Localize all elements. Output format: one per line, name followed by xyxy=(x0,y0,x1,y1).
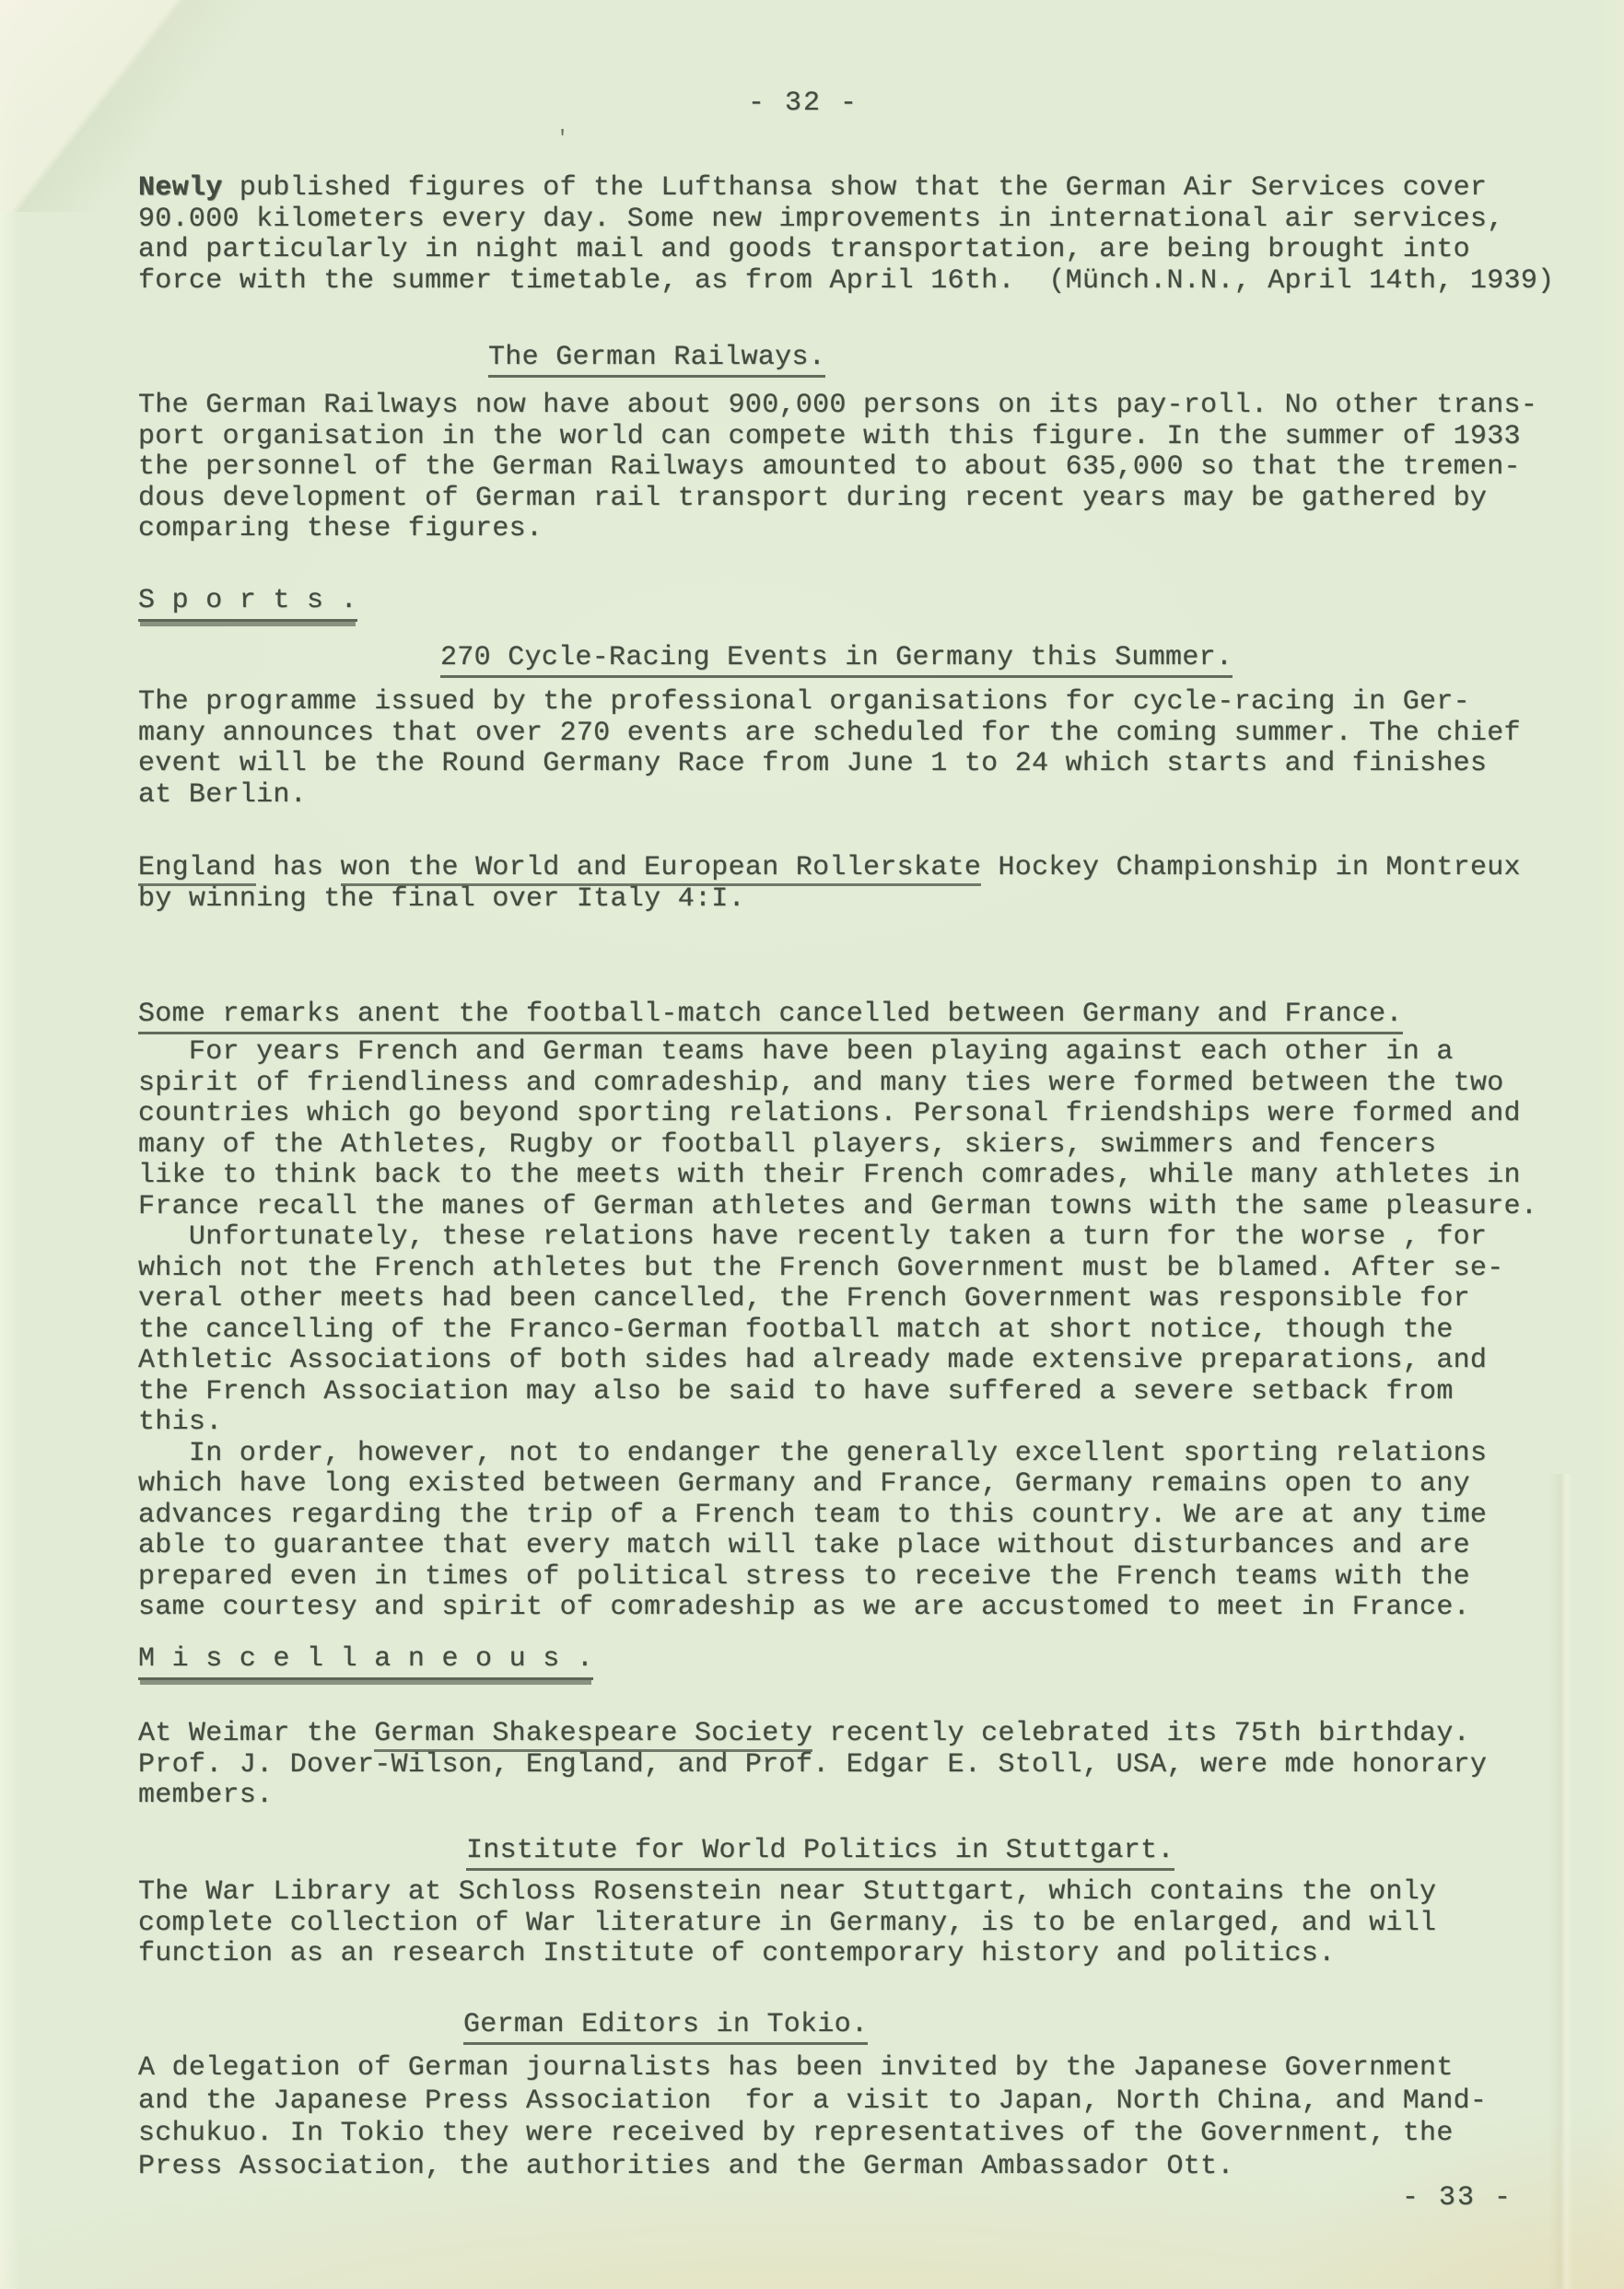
rollerskate-won-underlined: won the World and European Rollerskate xyxy=(341,852,982,886)
shakespeare-pre: At Weimar the xyxy=(138,1718,374,1749)
heading-football-remarks: Some remarks anent the football-match ca… xyxy=(138,999,1403,1034)
paragraph-institute: The War Library at Schloss Rosenstein ne… xyxy=(138,1877,1612,1970)
heading-institute: Institute for World Politics in Stuttgar… xyxy=(466,1836,1174,1871)
page-number-top: - 32 - xyxy=(748,88,859,120)
lufthansa-lead-word: Newly xyxy=(138,172,223,204)
heading-german-railways: The German Railways. xyxy=(488,343,825,378)
rollerskate-england-underlined: England xyxy=(138,852,256,886)
heading-cycle-racing: 270 Cycle-Racing Events in Germany this … xyxy=(440,643,1233,678)
lufthansa-body: published figures of the Lufthansa show … xyxy=(138,172,1554,297)
heading-sports: S p o r t s . xyxy=(138,586,357,622)
paragraph-football-remarks: For years French and German teams have b… xyxy=(138,1037,1612,1624)
paragraph-german-railways: The German Railways now have about 900,0… xyxy=(138,391,1612,545)
paragraph-cycle-racing: The programme issued by the professional… xyxy=(138,687,1612,811)
shakespeare-society-underlined: German Shakespeare Society xyxy=(374,1718,812,1752)
page-number-bottom: - 33 - xyxy=(1402,2183,1513,2214)
rollerskate-mid: has xyxy=(256,852,341,883)
stray-ink-mark: ' xyxy=(556,127,568,150)
paragraph-lufthansa: Newly published figures of the Lufthansa… xyxy=(138,173,1612,297)
heading-tokio: German Editors in Tokio. xyxy=(463,2010,868,2045)
heading-miscellaneous: M i s c e l l a n e o u s . xyxy=(138,1644,593,1680)
paragraph-shakespeare: At Weimar the German Shakespeare Society… xyxy=(138,1719,1612,1812)
paragraph-rollerskate: England has won the World and European R… xyxy=(138,853,1612,915)
paragraph-tokio: A delegation of German journalists has b… xyxy=(138,2052,1612,2183)
